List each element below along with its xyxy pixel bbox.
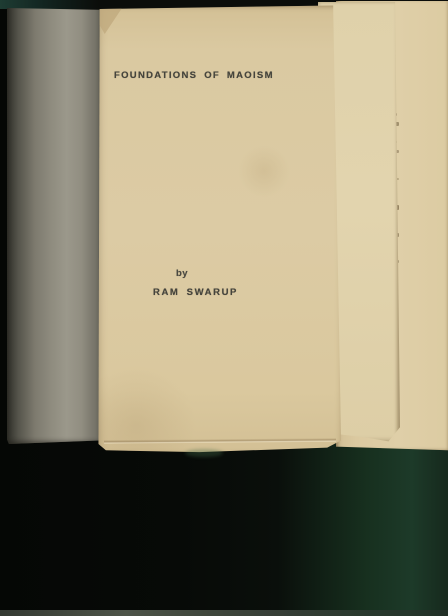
page-crease — [104, 438, 336, 444]
byline: by — [176, 268, 188, 279]
title-page: FOUNDATIONS OF MAOISM by RAM SWARUP — [96, 5, 342, 453]
scan-edge-strip — [0, 610, 448, 616]
book-title-page-scan: FOUNDATIONS OF MAOISM by RAM SWARUP — [0, 0, 448, 616]
book-title: FOUNDATIONS OF MAOISM — [114, 70, 274, 81]
author-name: RAM SWARUP — [153, 287, 238, 298]
paper-chip-mark — [98, 8, 122, 34]
facing-page-edge-shadow — [7, 8, 100, 444]
cover-smudge — [185, 449, 223, 457]
